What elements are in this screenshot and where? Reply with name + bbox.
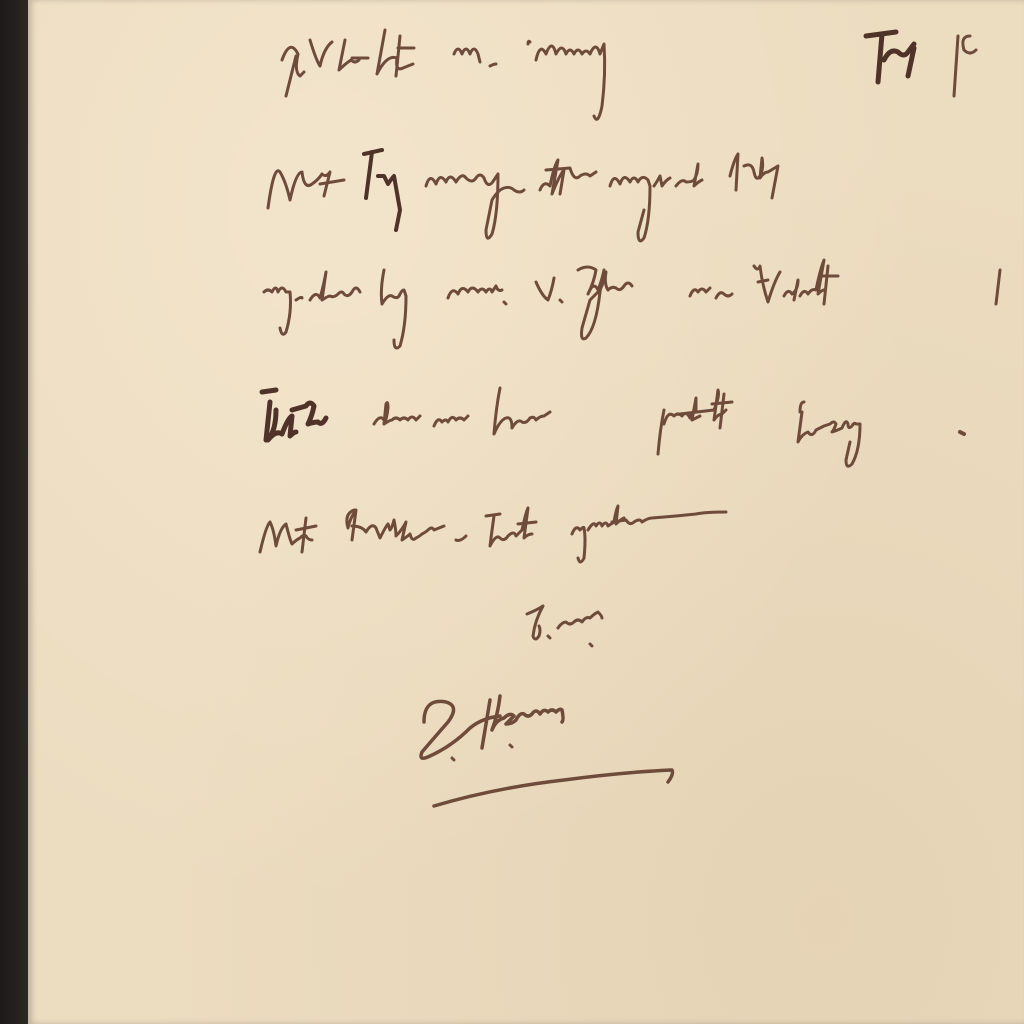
letter-line-3: mij dan bij mevr. v. Zuylen van Nievelt: [262, 275, 1024, 321]
binding-edge: [0, 0, 28, 1024]
letter-line-4: ik ben daar aan haar portret bezig.: [262, 385, 974, 431]
letter-closing: t.t.: [525, 600, 565, 633]
letter-signature: J. Veth: [420, 690, 536, 731]
letter-line-5: met hartelijke en beste groeten: [255, 500, 895, 546]
letter-line-2: Moest hij morgen echter nog in de stad: [265, 160, 1024, 206]
letter-line-1: gul te laat om morgen kon je: [278, 20, 863, 66]
